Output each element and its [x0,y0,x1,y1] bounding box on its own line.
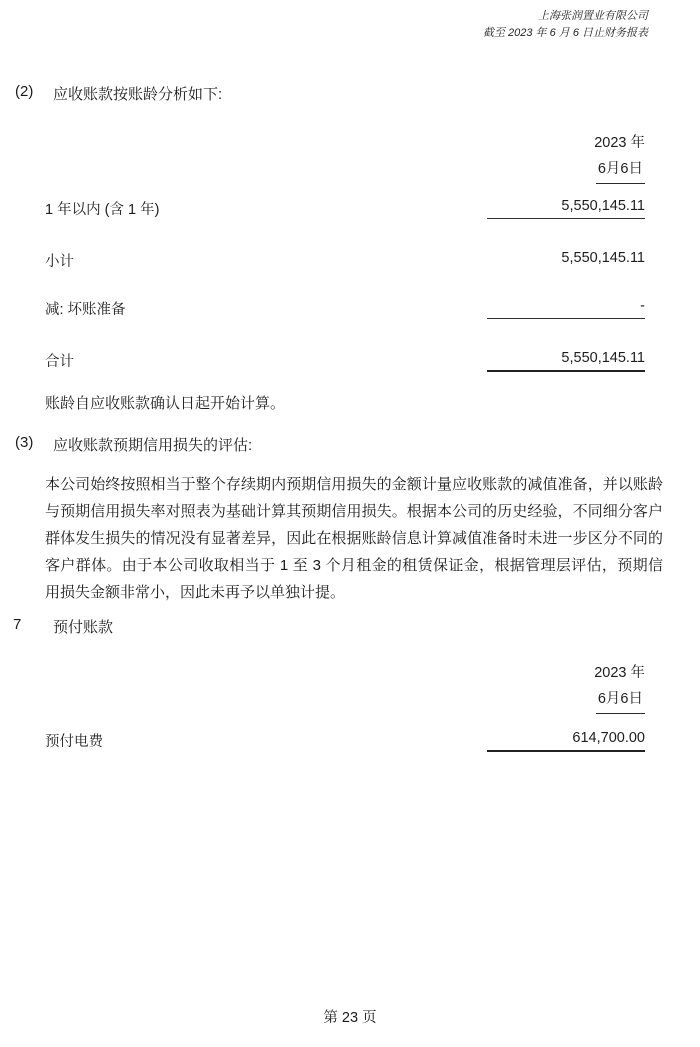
row-value-total: 5,550,145.11 [487,350,645,372]
section-2-col-year: 2023 年 [594,130,645,156]
row-label-total: 合计 [45,350,74,371]
company-name: 上海张润置业有限公司 [483,8,648,25]
row-label-prepaid-electricity: 预付电费 [45,730,103,751]
row-value-subtotal: 5,550,145.11 [487,250,645,270]
section-2-title: 应收账款按账龄分析如下: [53,83,222,104]
section-7-col-date: 6月6日 [596,686,645,714]
section-3-title: 应收账款预期信用损失的评估: [53,434,252,455]
section-7-number: 7 [13,616,53,637]
section-2-number: (2) [15,83,53,104]
report-subtitle: 截至 2023 年 6 月 6 日止财务报表 [483,25,648,42]
section-7-heading: 7 预付账款 [13,616,113,637]
section-2-heading: (2) 应收账款按账龄分析如下: [15,83,222,104]
section-3-heading: (3) 应收账款预期信用损失的评估: [15,434,252,455]
credit-loss-paragraph: 本公司始终按照相当于整个存续期内预期信用损失的金额计量应收账款的减值准备，并以账… [45,471,663,606]
row-label-less-bad-debt: 减: 坏账准备 [45,298,126,319]
section-2-column-header: 2023 年 6月6日 [594,130,645,184]
row-value-within-1-year: 5,550,145.11 [487,198,645,219]
row-value-less-bad-debt: - [487,298,645,319]
aging-note: 账龄自应收账款确认日起开始计算。 [45,392,285,413]
section-7-title: 预付账款 [53,616,113,637]
row-label-within-1-year: 1 年以内 (含 1 年) [45,198,159,219]
section-2-col-date: 6月6日 [596,156,645,184]
financial-report-page: 上海张润置业有限公司 截至 2023 年 6 月 6 日止财务报表 (2) 应收… [0,0,700,1047]
row-label-subtotal: 小计 [45,250,74,271]
section-3-number: (3) [15,434,53,455]
section-7-col-year: 2023 年 [594,660,645,686]
document-header: 上海张润置业有限公司 截至 2023 年 6 月 6 日止财务报表 [483,8,648,42]
row-value-prepaid-electricity: 614,700.00 [487,730,645,752]
page-number: 第 23 页 [0,1006,700,1027]
section-7-column-header: 2023 年 6月6日 [594,660,645,714]
